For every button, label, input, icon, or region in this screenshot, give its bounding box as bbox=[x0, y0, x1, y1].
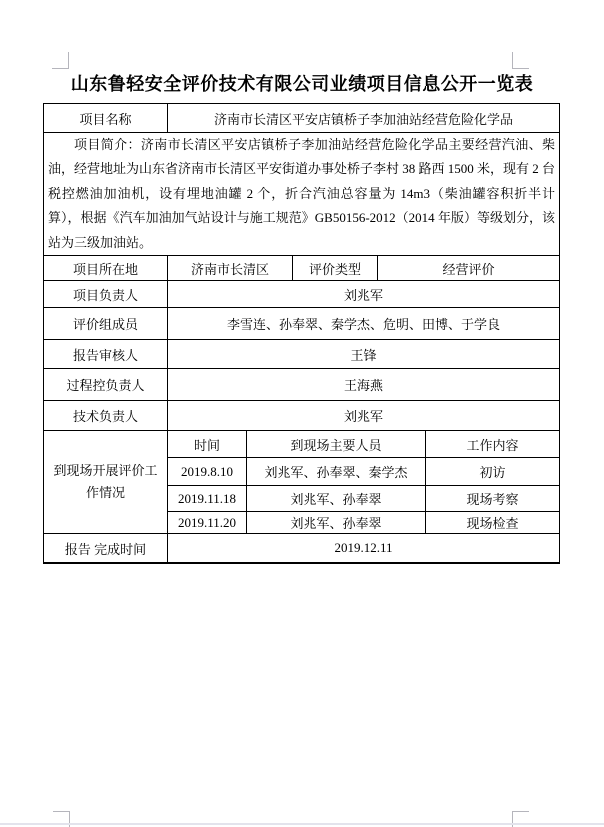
visit-header-time: 时间 bbox=[168, 431, 247, 458]
visit-header-people: 到现场主要人员 bbox=[247, 431, 426, 458]
margin-mark-top-left-icon bbox=[52, 52, 69, 69]
margin-mark-top-right-icon bbox=[512, 52, 529, 69]
site-visit-header-row: 到现场开展评价工作情况 时间 到现场主要人员 工作内容 bbox=[44, 431, 560, 458]
table-row: 项目名称 济南市长清区平安店镇桥子李加油站经营危险化学品 bbox=[44, 104, 560, 133]
table-row: 报告审核人 王锋 bbox=[44, 340, 560, 369]
process-controller-value: 王海燕 bbox=[168, 369, 560, 401]
report-date-label: 报告 完成时间 bbox=[44, 534, 168, 564]
visit-content: 现场考察 bbox=[426, 486, 560, 512]
project-summary-cell: 项目简介：济南市长清区平安店镇桥子李加油站经营危险化学品主要经营汽油、柴油，经营… bbox=[44, 133, 560, 256]
project-name-value: 济南市长清区平安店镇桥子李加油站经营危险化学品 bbox=[168, 104, 560, 133]
tech-leader-value: 刘兆军 bbox=[168, 401, 560, 431]
table-row: 项目负责人 刘兆军 bbox=[44, 281, 560, 308]
visit-header-content: 工作内容 bbox=[426, 431, 560, 458]
site-visit-section-label: 到现场开展评价工作情况 bbox=[44, 431, 168, 534]
project-name-label: 项目名称 bbox=[44, 104, 168, 133]
table-row: 报告 完成时间 2019.12.11 bbox=[44, 534, 560, 564]
table-row: 评价组成员 李雪连、孙奉翠、秦学杰、危明、田博、于学良 bbox=[44, 308, 560, 340]
eval-type-value: 经营评价 bbox=[378, 256, 560, 281]
visit-content: 现场检查 bbox=[426, 512, 560, 534]
tech-leader-label: 技术负责人 bbox=[44, 401, 168, 431]
project-leader-label: 项目负责人 bbox=[44, 281, 168, 308]
eval-type-label: 评价类型 bbox=[293, 256, 378, 281]
project-summary-text: 项目简介：济南市长清区平安店镇桥子李加油站经营危险化学品主要经营汽油、柴油，经营… bbox=[48, 133, 555, 255]
document-title: 山东鲁轻安全评价技术有限公司业绩项目信息公开一览表 bbox=[0, 70, 604, 96]
process-controller-label: 过程控负责人 bbox=[44, 369, 168, 401]
table-row: 过程控负责人 王海燕 bbox=[44, 369, 560, 401]
project-leader-value: 刘兆军 bbox=[168, 281, 560, 308]
visit-people: 刘兆军、孙奉翠 bbox=[247, 486, 426, 512]
location-value: 济南市长清区 bbox=[168, 256, 293, 281]
table-row: 项目所在地 济南市长清区 评价类型 经营评价 bbox=[44, 256, 560, 281]
visit-content: 初访 bbox=[426, 458, 560, 486]
visit-date: 2019.11.18 bbox=[168, 486, 247, 512]
team-label: 评价组成员 bbox=[44, 308, 168, 340]
report-reviewer-label: 报告审核人 bbox=[44, 340, 168, 369]
team-value: 李雪连、孙奉翠、秦学杰、危明、田博、于学良 bbox=[168, 308, 560, 340]
visit-people: 刘兆军、孙奉翠、秦学杰 bbox=[247, 458, 426, 486]
visit-date: 2019.11.20 bbox=[168, 512, 247, 534]
report-reviewer-value: 王锋 bbox=[168, 340, 560, 369]
report-date-value: 2019.12.11 bbox=[168, 534, 560, 564]
table-row: 项目简介：济南市长清区平安店镇桥子李加油站经营危险化学品主要经营汽油、柴油，经营… bbox=[44, 133, 560, 256]
document-page: 山东鲁轻安全评价技术有限公司业绩项目信息公开一览表 项目名称 济南市长清区平安店… bbox=[0, 0, 604, 827]
page-edge-line bbox=[0, 823, 604, 825]
project-info-table: 项目名称 济南市长清区平安店镇桥子李加油站经营危险化学品 项目简介：济南市长清区… bbox=[43, 103, 560, 564]
visit-people: 刘兆军、孙奉翠 bbox=[247, 512, 426, 534]
table-row: 技术负责人 刘兆军 bbox=[44, 401, 560, 431]
location-label: 项目所在地 bbox=[44, 256, 168, 281]
visit-date: 2019.8.10 bbox=[168, 458, 247, 486]
